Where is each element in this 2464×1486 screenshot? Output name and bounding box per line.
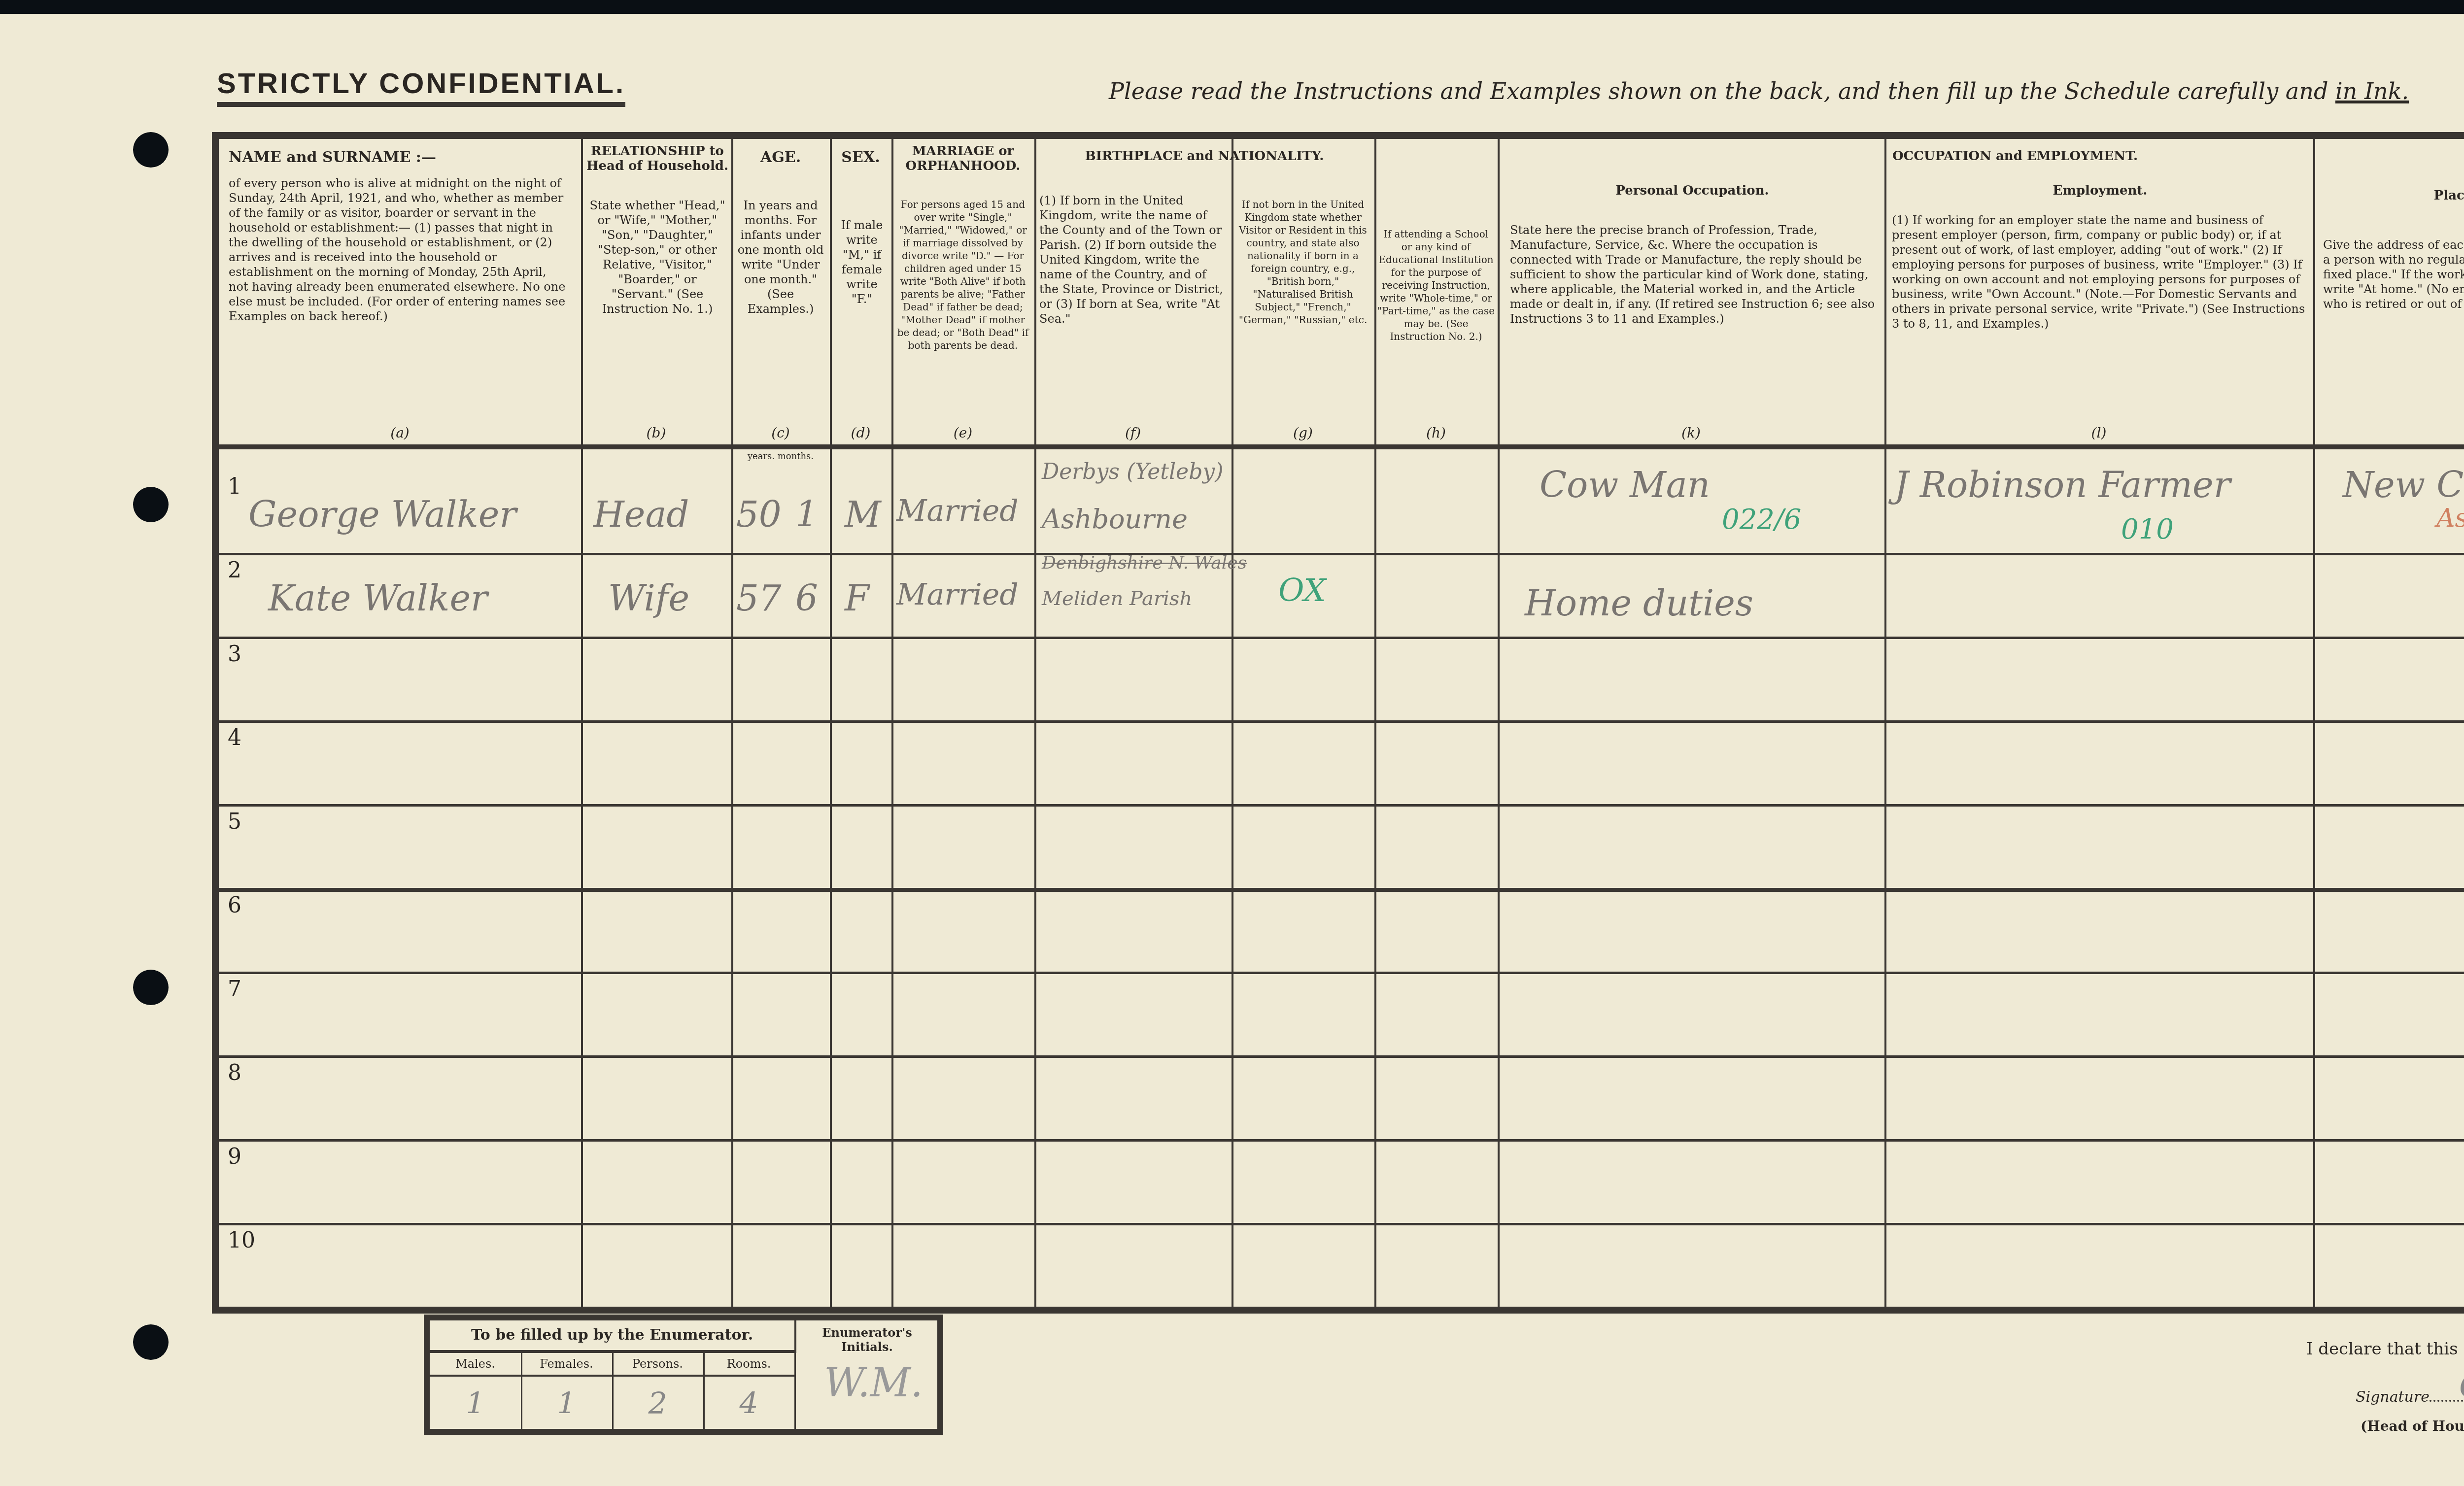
males-cell: Males.1	[430, 1353, 522, 1429]
punch-hole	[133, 132, 169, 168]
signature-line: Signature	[2356, 1388, 2464, 1406]
column-letter-l: (l)	[1884, 425, 2313, 441]
place-of-work-heading: Place of Work.	[2316, 188, 2464, 203]
relationship-field[interactable]: Head	[593, 494, 689, 535]
signature-label: Signature	[2356, 1388, 2430, 1406]
employment-heading: Employment.	[1887, 183, 2313, 198]
row-divider	[219, 553, 2464, 555]
census-schedule-page: STRICTLY CONFIDENTIAL. Please read the I…	[0, 14, 2464, 1486]
relationship-column-heading: RELATIONSHIP to Head of Household.	[583, 144, 731, 173]
age-months-field[interactable]: 1	[795, 494, 818, 535]
name-column-heading: NAME and SURNAME :—	[229, 149, 574, 166]
marriage-column-heading: MARRIAGE or ORPHANHOOD.	[894, 144, 1032, 173]
marriage-field[interactable]: Married	[896, 577, 1019, 612]
column-letter-b: (b)	[581, 425, 731, 441]
age-months-field[interactable]: 6	[795, 577, 818, 619]
column-letter-m: (m)	[2313, 425, 2464, 441]
column-letter-e: (e)	[891, 425, 1034, 441]
row-number: 8	[228, 1060, 241, 1085]
in-ink-text: in Ink.	[2335, 78, 2409, 104]
age-column-heading: AGE.	[734, 149, 827, 166]
punch-hole	[133, 1324, 169, 1360]
row-number: 10	[228, 1228, 255, 1253]
row-number: 5	[228, 809, 241, 834]
marriage-field[interactable]: Married	[896, 494, 1019, 528]
sex-column-instructions: If male write "M," if female write "F."	[835, 218, 889, 306]
occupation-heading: OCCUPATION and EMPLOYMENT.	[1374, 149, 2464, 164]
place-of-work-field[interactable]: New Close	[2343, 464, 2464, 506]
row-divider	[219, 637, 2464, 639]
birthplace-county-field[interactable]: Denbighshire N. Wales	[1042, 553, 1247, 573]
enumerator-initials-label: Enumerator's Initials.	[797, 1320, 937, 1354]
person-name-field[interactable]: George Walker	[248, 494, 516, 535]
rooms-label: Rooms.	[703, 1353, 794, 1377]
signature-caption: (Head of Household, Manager of Establish…	[2361, 1418, 2464, 1434]
row-number: 3	[228, 642, 241, 667]
place-of-work-instructions: Give the address of each person's place …	[2323, 237, 2464, 311]
enumerator-initials-value[interactable]: W.M.	[824, 1360, 923, 1406]
row-divider	[219, 888, 2464, 892]
row-number: 9	[228, 1144, 241, 1169]
row-divider	[219, 972, 2464, 974]
relationship-field[interactable]: Wife	[608, 577, 689, 619]
row-divider	[219, 804, 2464, 807]
marriage-column-instructions: For persons aged 15 and over write "Sing…	[896, 198, 1029, 352]
employment-instructions: (1) If working for an employer state the…	[1892, 213, 2308, 331]
nationality-code-annotation: OX	[1278, 573, 1326, 609]
instructions-line: Please read the Instructions and Example…	[1109, 78, 2409, 104]
personal-occupation-heading: Personal Occupation.	[1500, 183, 1884, 198]
age-column-instructions: In years and months. For infants under o…	[736, 198, 825, 316]
column-letter-d: (d)	[830, 425, 891, 441]
personal-occupation-instructions: State here the precise branch of Profess…	[1510, 223, 1877, 326]
column-letter-g: (g)	[1232, 425, 1374, 441]
header-divider	[219, 444, 2464, 449]
strictly-confidential-title: STRICTLY CONFIDENTIAL.	[217, 67, 625, 107]
females-cell: Females.1	[521, 1353, 614, 1429]
persons-label: Persons.	[612, 1353, 703, 1377]
rooms-value[interactable]: 4	[703, 1377, 794, 1421]
females-value[interactable]: 1	[521, 1377, 612, 1421]
occupation-code-annotation: 022/6	[1722, 504, 1801, 536]
column-m	[2313, 139, 2464, 1307]
row-number: 4	[228, 725, 241, 750]
row-number: 1	[228, 474, 241, 499]
rooms-cell: Rooms.4	[703, 1353, 796, 1429]
males-label: Males.	[430, 1353, 521, 1377]
instructions-text: Please read the Instructions and Example…	[1109, 78, 2335, 104]
age-years-field[interactable]: 57	[736, 577, 782, 619]
relationship-column-instructions: State whether "Head," or "Wife," "Mother…	[588, 198, 726, 316]
sex-field[interactable]: M	[845, 494, 881, 535]
persons-value[interactable]: 2	[612, 1377, 703, 1421]
row-divider	[219, 1055, 2464, 1058]
sex-column-heading: SEX.	[832, 149, 889, 166]
enumerator-summary-box: To be filled up by the Enumerator. Enume…	[424, 1315, 943, 1435]
column-letter-f: (f)	[1034, 425, 1232, 441]
row-number: 7	[228, 977, 241, 1002]
declaration-text: I declare that this Schedule is correctl…	[2306, 1339, 2464, 1359]
column-letter-k: (k)	[1498, 425, 1884, 441]
enumerator-summary-title: To be filled up by the Enumerator.	[430, 1320, 796, 1353]
column-letter-h: (h)	[1374, 425, 1498, 441]
birthplace-heading: BIRTHPLACE and NATIONALITY.	[1037, 149, 1372, 164]
occupation-field[interactable]: Cow Man	[1540, 464, 1710, 506]
occupation-field[interactable]: Home duties	[1525, 582, 1753, 624]
employer-code-annotation: 010	[2121, 513, 2174, 545]
signature-value[interactable]: George Walker	[2459, 1369, 2464, 1405]
person-name-field[interactable]: Kate Walker	[268, 577, 488, 619]
name-column-instructions: of every person who is alive at midnight…	[229, 176, 569, 324]
column-letter-a: (a)	[219, 425, 581, 441]
age-years-field[interactable]: 50	[736, 494, 782, 535]
row-divider	[219, 720, 2464, 723]
birthplace-instructions: (1) If born in the United Kingdom, write…	[1039, 193, 1227, 326]
row-number: 6	[228, 893, 241, 918]
females-label: Females.	[521, 1353, 612, 1377]
row-divider	[219, 1139, 2464, 1142]
column-letter-c: (c)	[731, 425, 830, 441]
males-value[interactable]: 1	[430, 1377, 521, 1421]
nationality-instructions: If not born in the United Kingdom state …	[1234, 198, 1372, 326]
punch-hole	[133, 970, 169, 1005]
row-divider	[219, 1223, 2464, 1225]
census-table: NAME and SURNAME :— of every person who …	[212, 132, 2464, 1314]
punch-hole	[133, 487, 169, 522]
school-attendance-instructions: If attending a School or any kind of Edu…	[1377, 228, 1495, 343]
place-annotation: Ashbourne	[2436, 504, 2464, 533]
birthplace-town-field[interactable]: Ashbourne	[1042, 504, 1188, 535]
persons-cell: Persons.2	[612, 1353, 705, 1429]
row-number: 2	[228, 558, 241, 583]
birthplace-town-field[interactable]: Meliden Parish	[1042, 587, 1192, 610]
employer-field[interactable]: J Robinson Farmer	[1894, 464, 2230, 506]
age-subheading: years. months.	[734, 449, 827, 464]
birthplace-county-field[interactable]: Derbys (Yetleby)	[1042, 459, 1223, 484]
sex-field[interactable]: F	[845, 577, 869, 619]
column-d	[830, 139, 893, 1307]
